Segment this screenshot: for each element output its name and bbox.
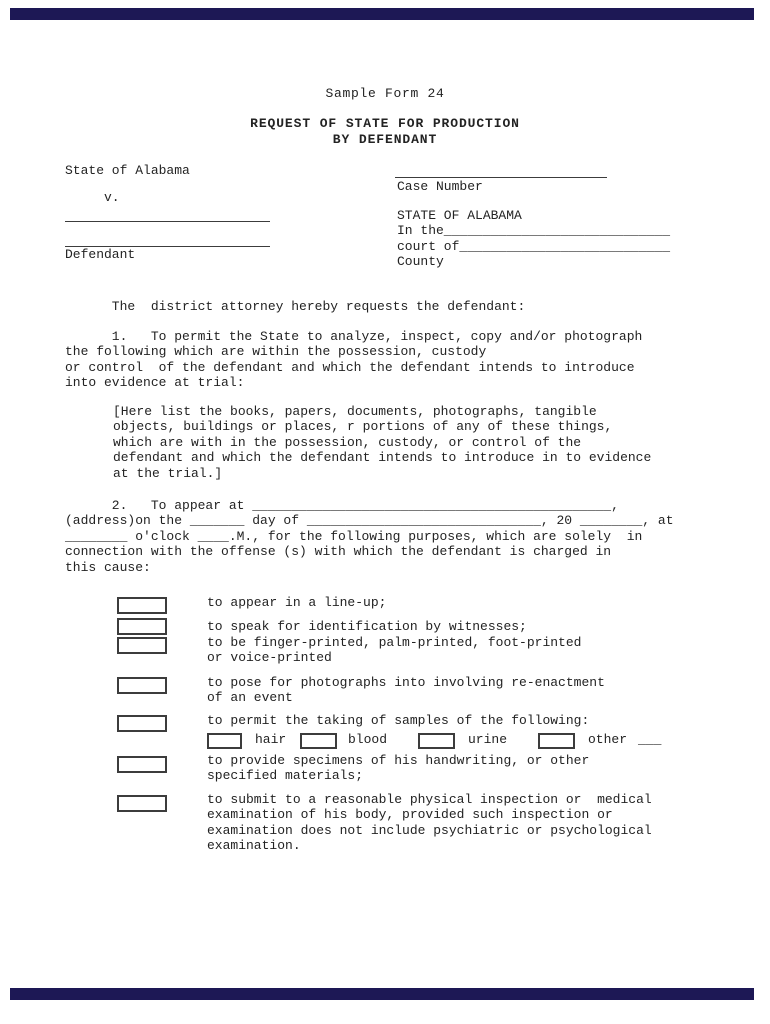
label-blood: blood <box>348 732 387 747</box>
checkbox-pose-photographs[interactable] <box>117 677 167 694</box>
bottom-edge-bar <box>10 988 754 1000</box>
checkbox-blood[interactable] <box>300 733 337 749</box>
item-fingerprint-text: to be finger-printed, palm-printed, foot… <box>207 635 581 666</box>
checkbox-other[interactable] <box>538 733 575 749</box>
checkbox-physical-inspection[interactable] <box>117 795 167 812</box>
case-number-blank[interactable] <box>395 177 607 178</box>
label-hair: hair <box>255 732 286 747</box>
form-title: Sample Form 24 <box>0 86 770 101</box>
bracket-instructions: [Here list the books, papers, documents,… <box>113 404 651 481</box>
checkbox-samples[interactable] <box>117 715 167 732</box>
case-number-label: Case Number <box>397 179 483 194</box>
item-speak-text: to speak for identification by witnesses… <box>207 619 527 634</box>
defendant-label: Defendant <box>65 247 135 262</box>
court-identification-block[interactable]: STATE OF ALABAMA In the_________________… <box>397 208 670 270</box>
top-edge-bar <box>10 8 754 20</box>
item-samples-text: to permit the taking of samples of the f… <box>207 713 589 728</box>
form-page: Sample Form 24 REQUEST OF STATE FOR PROD… <box>0 0 770 1024</box>
form-heading-line1: REQUEST OF STATE FOR PRODUCTION <box>0 116 770 131</box>
item-handwriting-text: to provide specimens of his handwriting,… <box>207 753 589 784</box>
caption-state: State of Alabama <box>65 163 190 178</box>
defendant-name-blank-1[interactable] <box>65 221 270 222</box>
caption-versus: v. <box>104 190 120 205</box>
paragraph-1: 1. To permit the State to analyze, inspe… <box>65 329 642 391</box>
checkbox-handwriting[interactable] <box>117 756 167 773</box>
checkbox-lineup[interactable] <box>117 597 167 614</box>
checkbox-hair[interactable] <box>207 733 242 749</box>
checkbox-speak-identification[interactable] <box>117 618 167 635</box>
item-lineup-text: to appear in a line-up; <box>207 595 386 610</box>
checkbox-fingerprint[interactable] <box>117 637 167 654</box>
paragraph-2[interactable]: 2. To appear at ________________________… <box>65 498 674 575</box>
form-heading-line2: BY DEFENDANT <box>0 132 770 147</box>
item-pose-text: to pose for photographs into involving r… <box>207 675 605 706</box>
checkbox-urine[interactable] <box>418 733 455 749</box>
label-urine: urine <box>468 732 507 747</box>
intro-paragraph: The district attorney hereby requests th… <box>65 299 525 314</box>
other-blank[interactable]: ___ <box>638 732 661 747</box>
label-other: other <box>588 732 627 747</box>
item-inspection-text: to submit to a reasonable physical inspe… <box>207 792 652 854</box>
